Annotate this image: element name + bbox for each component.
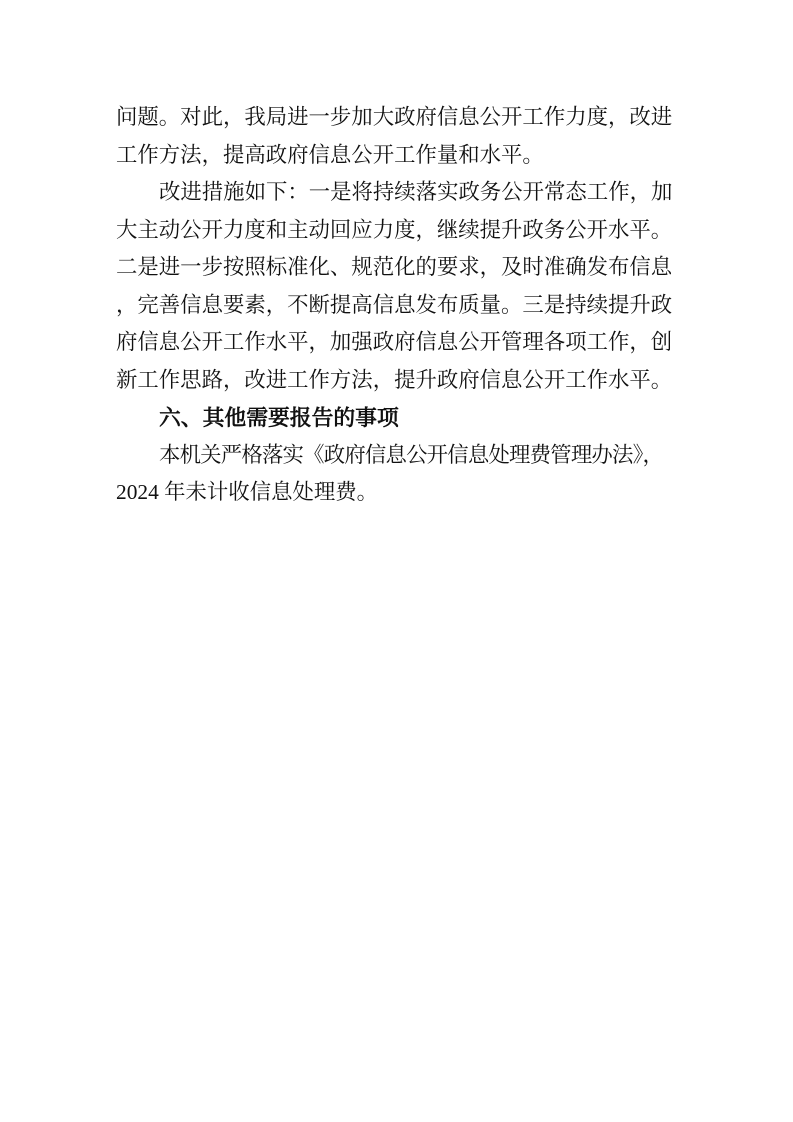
text-line: 本机关严格落实《政府信息公开信息处理费管理办法》，	[116, 437, 676, 475]
text-line: 2024 年未计收信息处理费。	[116, 474, 676, 512]
text-line: ，完善信息要素，不断提高信息发布质量。三是持续提升政	[116, 287, 676, 325]
text-line: 府信息公开工作水平，加强政府信息公开管理各项工作，创	[116, 324, 676, 362]
document-page: 问题。对此，我局进一步加大政府信息公开工作力度，改进 工作方法，提高政府信息公开…	[0, 0, 793, 1122]
text-line: 二是进一步按照标准化、规范化的要求，及时准确发布信息	[116, 249, 676, 287]
text-line: 新工作思路，改进工作方法，提升政府信息公开工作水平。	[116, 362, 676, 400]
text-line: 改进措施如下：一是将持续落实政务公开常态工作，加	[116, 174, 676, 212]
text-line: 问题。对此，我局进一步加大政府信息公开工作力度，改进	[116, 99, 676, 137]
section-heading: 六、其他需要报告的事项	[116, 399, 676, 437]
document-text-block: 问题。对此，我局进一步加大政府信息公开工作力度，改进 工作方法，提高政府信息公开…	[116, 99, 676, 512]
text-line: 工作方法，提高政府信息公开工作量和水平。	[116, 137, 676, 175]
text-line: 大主动公开力度和主动回应力度，继续提升政务公开水平。	[116, 212, 676, 250]
